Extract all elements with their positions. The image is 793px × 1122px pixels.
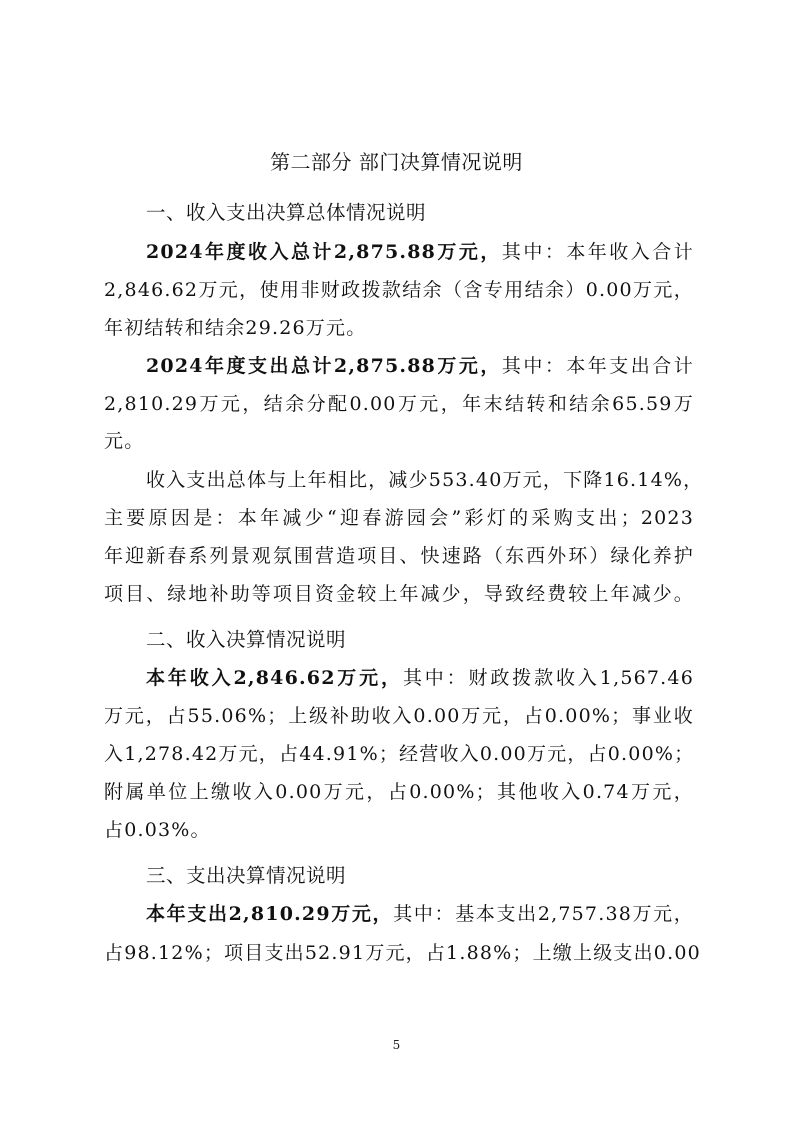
- section-heading-2: 二、收入决算情况说明: [146, 624, 346, 652]
- paragraph-line: 附属单位上缴收入0.00万元，占0.00%；其他收入0.74万元，: [104, 780, 694, 804]
- paragraph-line: 元。: [104, 429, 694, 453]
- bold-lead: 本年收入2,846.62万元，: [146, 667, 403, 689]
- paragraph-line: 占0.03%。: [104, 818, 694, 842]
- paragraph-line: 2,846.62万元，使用非财政拨款结余（含专用结余）0.00万元，: [104, 278, 694, 302]
- paragraph-line: 2,810.29万元，结余分配0.00万元，年末结转和结余65.59万: [104, 392, 694, 416]
- bold-lead: 2024年度收入总计2,875.88万元，: [146, 241, 502, 263]
- paragraph-line: 2024年度支出总计2,875.88万元，其中：本年支出合计: [146, 354, 694, 378]
- bold-lead: 2024年度支出总计2,875.88万元，: [146, 355, 502, 377]
- paragraph-line: 收入支出总体与上年相比，减少553.40万元，下降16.14%，: [146, 468, 694, 492]
- page-title: 第二部分 部门决算情况说明: [0, 146, 793, 175]
- document-page: 第二部分 部门决算情况说明 一、收入支出决算总体情况说明 2024年度收入总计2…: [0, 0, 793, 1122]
- page-number: 5: [0, 1038, 793, 1052]
- section-heading-1: 一、收入支出决算总体情况说明: [146, 197, 426, 225]
- paragraph-line: 年迎新春系列景观氛围营造项目、快速路（东西外环）绿化养护: [104, 544, 694, 568]
- bold-lead: 本年支出2,810.29万元，: [146, 903, 393, 925]
- paragraph-line: 入1,278.42万元，占44.91%；经营收入0.00万元，占0.00%；: [104, 742, 694, 766]
- paragraph-line: 万元，占55.06%；上级补助收入0.00万元，占0.00%；事业收: [104, 704, 694, 728]
- paragraph-line: 年初结转和结余29.26万元。: [104, 316, 694, 340]
- paragraph-line: 本年收入2,846.62万元，其中：财政拨款收入1,567.46: [146, 666, 694, 690]
- paragraph-line: 占98.12%；项目支出52.91万元，占1.88%；上缴上级支出0.00: [104, 941, 694, 965]
- paragraph-line: 项目、绿地补助等项目资金较上年减少，导致经费较上年减少。: [104, 582, 694, 606]
- paragraph-line: 2024年度收入总计2,875.88万元，其中：本年收入合计: [146, 240, 694, 264]
- paragraph-line: 本年支出2,810.29万元，其中：基本支出2,757.38万元，: [146, 902, 694, 926]
- section-heading-3: 三、支出决算情况说明: [146, 860, 346, 888]
- paragraph-line: 主要原因是：本年减少“迎春游园会”彩灯的采购支出；2023: [104, 506, 694, 530]
